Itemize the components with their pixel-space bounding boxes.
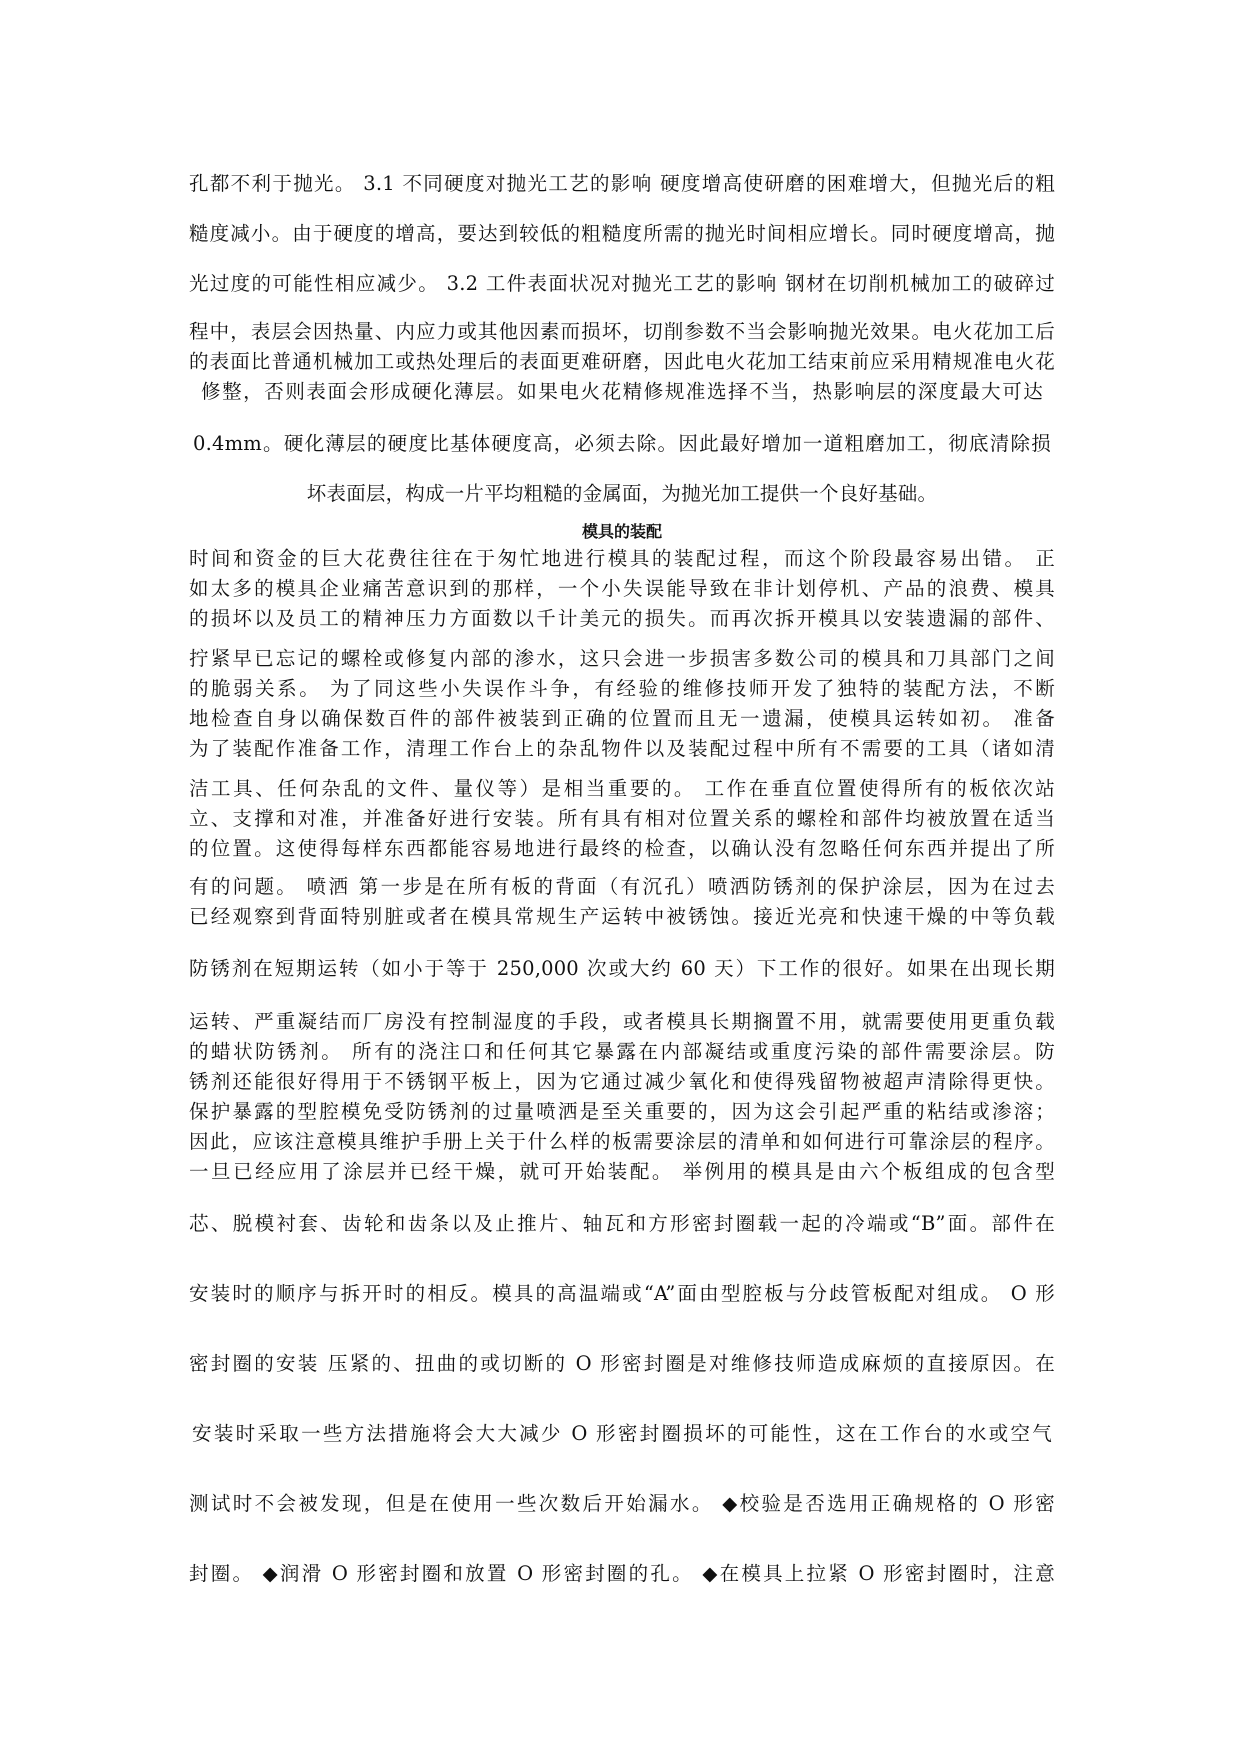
text-line: 测试时不会被发现，但是在使用一些次数后开始漏水。 ◆校验是否选用正确规格的 O … [189,1492,1055,1516]
text-line: 防锈剂在短期运转（如小于等于 250,000 次或大约 60 天）下工作的很好。… [189,957,1055,981]
text-line: 的损坏以及员工的精神压力方面数以千计美元的损失。而再次拆开模具以安装遗漏的部件、 [189,607,1055,631]
text-line: 糙度减小。由于硬度的增高，要达到较低的粗糙度所需的抛光时间相应增长。同时硬度增高… [189,222,1055,246]
text-line: 坏表面层，构成一片平均粗糙的金属面，为抛光加工提供一个良好基础。 [189,482,1055,506]
text-line: 为了装配作准备工作，清理工作台上的杂乱物件以及装配过程中所有不需要的工具（诸如清 [189,737,1055,761]
text-line: 封圈。 ◆润滑 O 形密封圈和放置 O 形密封圈的孔。 ◆在模具上拉紧 O 形密… [189,1562,1055,1586]
text-line: 安装时采取一些方法措施将会大大减少 O 形密封圈损坏的可能性，这在工作台的水或空… [192,1422,1052,1446]
text-line: 程中，表层会因热量、内应力或其他因素而损坏，切削参数不当会影响抛光效果。电火花加… [189,320,1055,344]
text-line: 的脆弱关系。 为了同这些小失误作斗争，有经验的维修技师开发了独特的装配方法，不断 [189,677,1055,701]
text-line: 一旦已经应用了涂层并已经干燥，就可开始装配。 举例用的模具是由六个板组成的包含型 [189,1160,1055,1184]
text-line: 安装时的顺序与拆开时的相反。模具的高温端或“A”面由型腔板与分歧管板配对组成。 … [189,1282,1055,1306]
text-line: 拧紧早已忘记的螺栓或修复内部的渗水，这只会进一步损害多数公司的模具和刀具部门之间 [189,647,1055,671]
text-line: 修整，否则表面会形成硬化薄层。如果电火花精修规准选择不当，热影响层的深度最大可达 [201,380,1043,404]
text-line: 已经观察到背面特别脏或者在模具常规生产运转中被锈蚀。接近光亮和快速干燥的中等负载 [189,905,1055,929]
text-line: 立、支撑和对准，并准备好进行安装。所有具有相对位置关系的螺栓和部件均被放置在适当 [189,807,1055,831]
text-line: 锈剂还能很好得用于不锈钢平板上，因为它通过减少氧化和使得残留物被超声清除得更快。 [189,1070,1055,1094]
text-line: 运转、严重凝结而厂房没有控制湿度的手段，或者模具长期搁置不用，就需要使用更重负载 [189,1010,1055,1034]
text-line: 光过度的可能性相应减少。 3.2 工件表面状况对抛光工艺的影响 钢材在切削机械加… [189,272,1055,296]
text-line: 地检查自身以确保数百件的部件被装到正确的位置而且无一遗漏，使模具运转如初。 准备 [189,707,1055,731]
text-line: 有的问题。 喷洒 第一步是在所有板的背面（有沉孔）喷洒防锈剂的保护涂层，因为在过… [189,875,1055,899]
text-line: 密封圈的安装 压紧的、扭曲的或切断的 O 形密封圈是对维修技师造成麻烦的直接原因… [189,1352,1055,1376]
section-heading-mold-assembly: 模具的装配 [189,522,1055,542]
text-line: 保护暴露的型腔模免受防锈剂的过量喷洒是至关重要的，因为这会引起严重的粘结或渗溶； [189,1100,1055,1124]
text-line: 洁工具、任何杂乱的文件、量仪等）是相当重要的。 工作在垂直位置使得所有的板依次站 [189,777,1055,801]
text-line: 0.4mm。硬化薄层的硬度比基体硬度高，必须去除。因此最好增加一道粗磨加工，彻底… [193,432,1051,456]
text-line: 的蜡状防锈剂。 所有的浇注口和任何其它暴露在内部凝结或重度污染的部件需要涂层。防 [189,1040,1055,1064]
text-line: 孔都不利于抛光。 3.1 不同硬度对抛光工艺的影响 硬度增高使研磨的困难增大，但… [189,172,1055,196]
text-line: 如太多的模具企业痛苦意识到的那样，一个小失误能导致在非计划停机、产品的浪费、模具 [189,577,1055,601]
text-line: 的表面比普通机械加工或热处理后的表面更难研磨，因此电火花加工结束前应采用精规准电… [189,350,1055,374]
text-line: 的位置。这使得每样东西都能容易地进行最终的检查，以确认没有忽略任何东西并提出了所 [189,837,1055,861]
text-line: 因此，应该注意模具维护手册上关于什么样的板需要涂层的清单和如何进行可靠涂层的程序… [189,1130,1055,1154]
text-line: 芯、脱模衬套、齿轮和齿条以及止推片、轴瓦和方形密封圈载一起的冷端或“B”面。部件… [189,1212,1055,1236]
document-page: 孔都不利于抛光。 3.1 不同硬度对抛光工艺的影响 硬度增高使研磨的困难增大，但… [0,0,1241,1754]
text-line: 时间和资金的巨大花费往往在于匆忙地进行模具的装配过程，而这个阶段最容易出错。 正 [189,547,1055,571]
